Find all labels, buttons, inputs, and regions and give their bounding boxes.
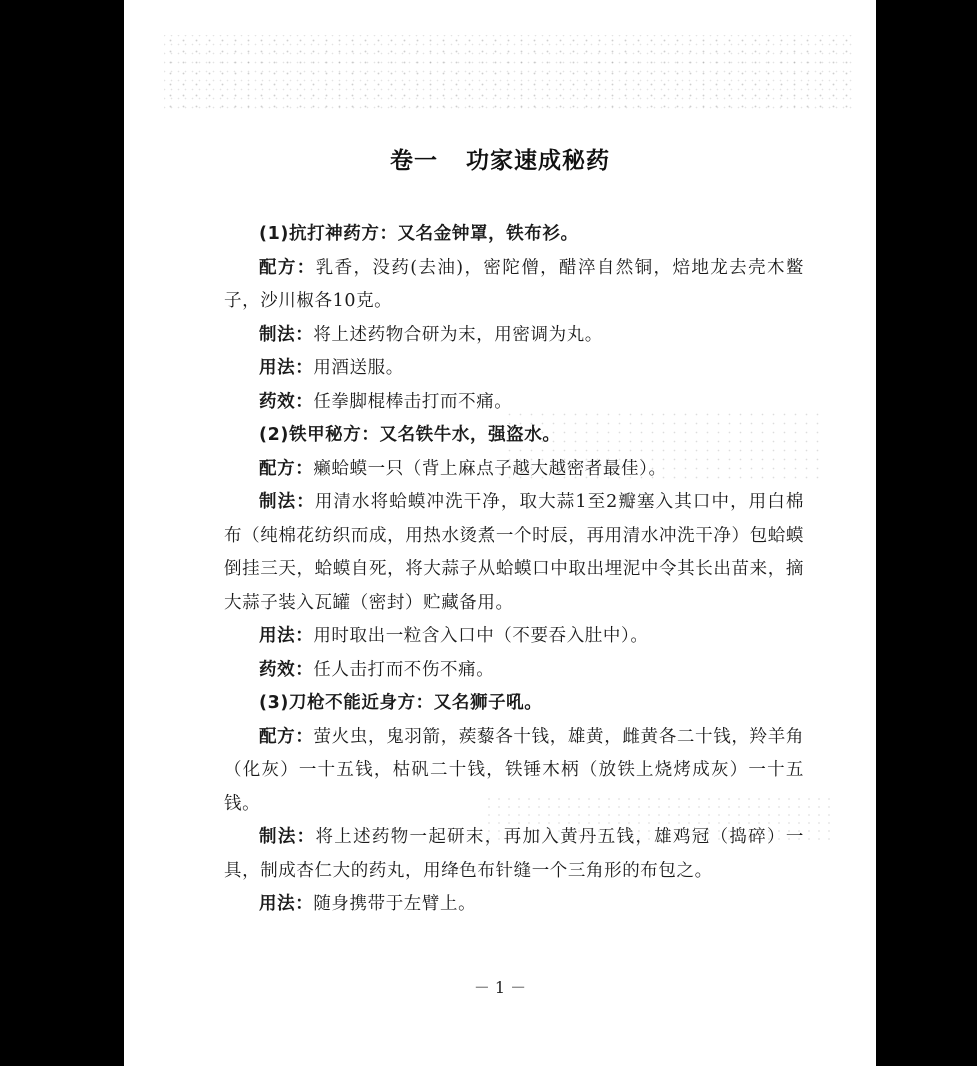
entry-usage: 用法：用酒送服。 [224,352,804,386]
scanned-page: 卷一功家速成秘药 (1)抗打神药方：又名金钟罩，铁布衫。 配方：乳香，没药(去油… [124,0,876,1066]
entry-formula: 配方：萤火虫，鬼羽箭，蒺藜各十钱，雄黄，雌黄各二十钱，羚羊角（化灰）一十五钱，枯… [224,721,804,822]
chapter-name: 功家速成秘药 [466,148,610,174]
body-text: (1)抗打神药方：又名金钟罩，铁布衫。 配方：乳香，没药(去油)，密陀僧，醋淬自… [224,218,804,922]
chapter-volume: 卷一 [390,148,438,174]
entry-label: 用法： [259,358,313,378]
entry-formula: 配方：乳香，没药(去油)，密陀僧，醋淬自然铜，焙地龙去壳木鳖子，沙川椒各10克。 [224,252,804,319]
page-number: － 1 － [124,975,876,998]
entry-label: 制法： [259,492,315,512]
section-heading: (2)铁甲秘方：又名铁牛水，强盗水。 [224,419,804,453]
entry-preparation: 制法：将上述药物一起研末，再加入黄丹五钱，雄鸡冠（捣碎）一具，制成杏仁大的药丸，… [224,821,804,888]
chapter-title: 卷一功家速成秘药 [124,142,876,175]
section-heading: (1)抗打神药方：又名金钟罩，铁布衫。 [224,218,804,252]
entry-usage: 用法：用时取出一粒含入口中（不要吞入肚中）。 [224,620,804,654]
entry-effect: 药效：任拳脚棍棒击打而不痛。 [224,386,804,420]
entry-label: 配方： [259,727,314,747]
entry-effect: 药效：任人击打而不伤不痛。 [224,654,804,688]
entry-text: 任拳脚棍棒击打而不痛。 [313,392,512,412]
entry-label: 药效： [259,392,313,412]
entry-label: 配方： [259,459,313,479]
scan-noise-top [164,35,854,115]
entry-formula: 配方：癞蛤蟆一只（背上麻点子越大越密者最佳）。 [224,453,804,487]
entry-text: 癞蛤蟆一只（背上麻点子越大越密者最佳）。 [313,459,666,479]
entry-preparation: 制法：用清水将蛤蟆冲洗干净，取大蒜1至2瓣塞入其口中，用白棉布（纯棉花纺织而成，… [224,486,804,620]
entry-text: 用酒送服。 [313,358,404,378]
entry-label: 配方： [259,258,316,278]
entry-label: 制法： [259,325,313,345]
entry-usage: 用法：随身携带于左臂上。 [224,888,804,922]
entry-label: 用法： [259,894,313,914]
entry-text: 随身携带于左臂上。 [313,894,476,914]
entry-text: 任人击打而不伤不痛。 [313,660,494,680]
entry-text: 用时取出一粒含入口中（不要吞入肚中）。 [313,626,648,646]
entry-text: 将上述药物合研为末，用密调为丸。 [313,325,603,345]
entry-label: 用法： [259,626,313,646]
entry-label: 药效： [259,660,313,680]
entry-label: 制法： [259,827,315,847]
entry-preparation: 制法：将上述药物合研为末，用密调为丸。 [224,319,804,353]
section-heading: (3)刀枪不能近身方：又名狮子吼。 [224,687,804,721]
